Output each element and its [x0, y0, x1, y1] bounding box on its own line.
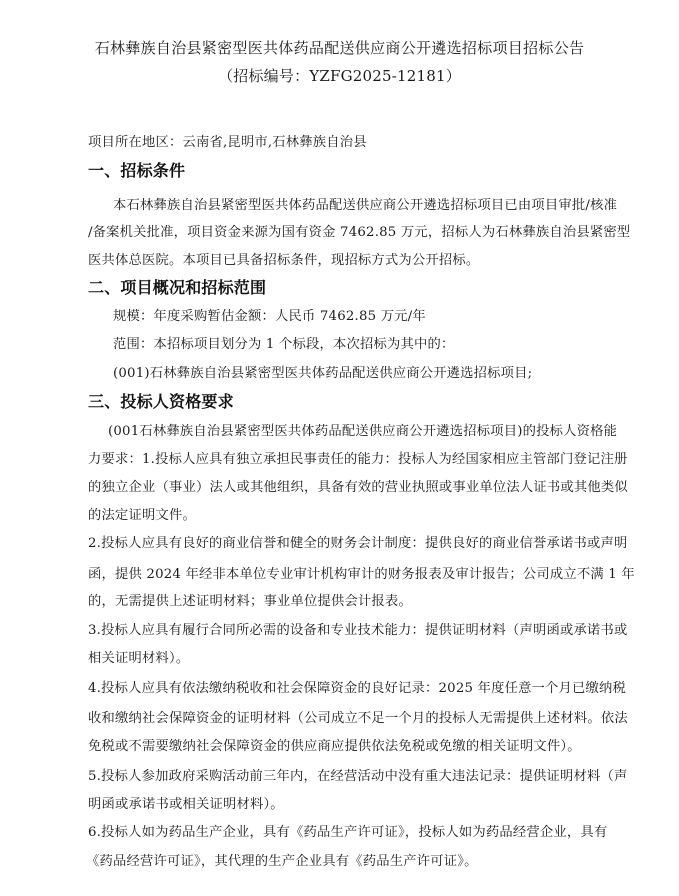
tender-code: （招标编号：YZFG2025-12181）: [0, 68, 679, 84]
document-title: 石林彝族自治县紧密型医共体药品配送供应商公开遴选招标项目招标公告: [0, 40, 679, 56]
paragraph-line: 函，提供 2024 年经非本单位专业审计机构审计的财务报表及审计报告；公司成立不…: [88, 567, 635, 583]
paragraph-line: 范围：本招标项目划分为 1 个标段，本次招标为其中的：: [113, 337, 454, 353]
paragraph-line: 的法定证明文件。: [88, 508, 196, 524]
paragraph-line: 明函或承诺书或相关证明材料）。: [88, 797, 284, 813]
section-heading-1: 一、招标条件: [88, 163, 185, 179]
paragraph-line: 医共体总医院。本项目已具备招标条件，现招标方式为公开招标。: [88, 253, 479, 269]
project-region: 项目所在地区：云南省,昆明市,石林彝族自治县: [88, 135, 367, 151]
paragraph-line: 本石林彝族自治县紧密型医共体药品配送供应商公开遴选招标项目已由项目审批/核准: [113, 198, 617, 214]
section-heading-2: 二、项目概况和招标范围: [88, 280, 266, 296]
paragraph-line: 3.投标人应具有履行合同所必需的设备和专业技术能力：提供证明材料（声明函或承诺书…: [88, 623, 627, 639]
paragraph-line: 2.投标人应具有良好的商业信誉和健全的财务会计制度：提供良好的商业信誉承诺书或声…: [88, 536, 627, 552]
paragraph-line: 的，无需提供上述证明材料；事业单位提供会计报表。: [88, 594, 412, 610]
paragraph-line: 相关证明材料）。: [88, 651, 189, 667]
paragraph-line: 力要求：1.投标人应具有独立承担民事责任的能力：投标人为经国家相应主管部门登记注…: [88, 452, 627, 468]
paragraph-line: 5.投标人参加政府采购活动前三年内，在经营活动中没有重大违法记录：提供证明材料（…: [88, 769, 627, 785]
paragraph-line: /备案机关批准，项目资金来源为国有资金 7462.85 万元，招标人为石林彝族自…: [88, 225, 630, 241]
paragraph-line: 《药品经营许可证》，其代理的生产企业具有《药品生产许可证》。: [86, 854, 478, 870]
paragraph-line: 规模：年度采购暂估金额：人民币 7462.85 万元/年: [113, 309, 426, 325]
paragraph-line: 的独立企业（事业）法人或其他组织，具备有效的营业执照或事业单位法人证书或其他类似: [88, 480, 628, 496]
paragraph-line: 6.投标人如为药品生产企业，具有《药品生产许可证》，投标人如为药品经营企业，具有: [88, 825, 607, 841]
section-heading-3: 三、投标人资格要求: [88, 394, 234, 410]
paragraph-line: (001石林彝族自治县紧密型医共体药品配送供应商公开遴选招标项目)的投标人资格能: [108, 424, 617, 440]
paragraph-line: (001)石林彝族自治县紧密型医共体药品配送供应商公开遴选招标项目;: [113, 366, 532, 382]
paragraph-line: 免税或不需要缴纳社会保障资金的供应商应提供依法免税或免缴的相关证明文件）。: [88, 739, 581, 755]
paragraph-line: 收和缴纳社会保障资金的证明材料（公司成立不足一个月的投标人无需提供上述材料。依法: [88, 711, 628, 727]
paragraph-line: 4.投标人应具有依法缴纳税收和社会保障资金的良好记录：2025 年度任意一个月已…: [88, 681, 626, 697]
